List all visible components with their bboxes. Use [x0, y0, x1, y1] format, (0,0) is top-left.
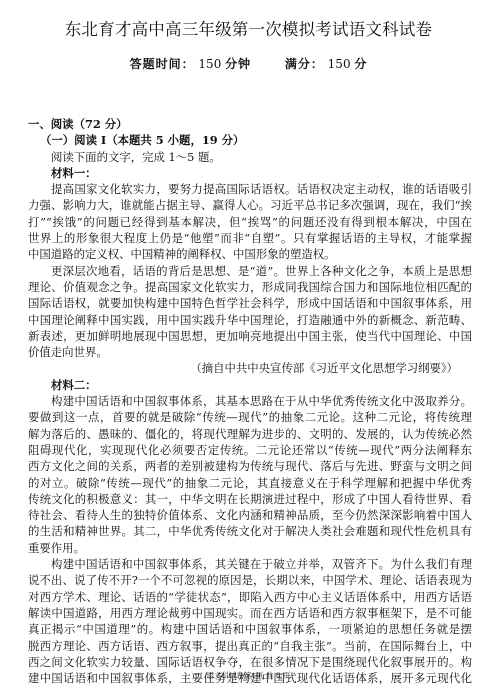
paragraph-line: 解为落后的、愚昧的、僵化的，将现代理解为进步的、文明的、发展的，认为传统必然: [28, 426, 472, 442]
material1-label: 材料一：: [28, 165, 472, 181]
section-subheading: （一）阅读 I（本题共 5 小题，19 分）: [28, 132, 472, 148]
paragraph-line: 打”“挨饿”的问题已经得到基本解决，但“挨骂”的问题还没有得到根本解决，中国在: [28, 214, 472, 230]
paragraph-line: 真正揭示“中国道理”的。构建中国话语和中国叙事体系，一项紧迫的思想任务就是摆: [28, 621, 472, 637]
page-footer: 语文科试卷第1页 共 8 页: [0, 670, 497, 681]
paragraph-line: 新表述，更加鲜明地展现中国思想，更加响亮地提出中国主张，使当代中国理论、中国: [28, 328, 472, 344]
paragraph-line: 中国道路的定义权、中国精神的阐释权、中国形象的塑造权。: [28, 246, 472, 262]
section-heading: 一、阅读（72 分）: [28, 116, 472, 132]
paragraph-line: 理论、价值观念之争。提高国家文化软实力，形成同我国综合国力和国际地位相匹配的: [28, 279, 472, 295]
exam-meta: 答题时间： 150 分钟 满分： 150 分: [0, 55, 497, 72]
time-label: 答题时间：: [130, 55, 195, 72]
source-citation: （摘自中共中央宣传部《习近平文化思想学习纲要》）: [28, 360, 472, 376]
paragraph-line: 世界上的形象很大程度上仍是“他塑”而非“自塑”。只有掌握话语的主导权，才能掌握: [28, 230, 472, 246]
paragraph-line: 构建中国话语和中国叙事体系，其基本思路在于从中华优秀传统文化中汲取养分。: [28, 393, 472, 409]
paragraph-line: 对西方学术、理论、话语的“学徒状态”，即陷入西方中心主义话语体系中，用西方话语: [28, 589, 472, 605]
paragraph-line: 待社会、看待人生的独特价值体系、文化内涵和精神品质，至今仍然深深影响着中国人: [28, 507, 472, 523]
score-value: 150: [328, 57, 351, 71]
paragraph-line: 中国理论阐释中国实践，用中国实践升华中国理论，打造融通中外的新概念、新范畴、: [28, 312, 472, 328]
paragraph-line: 解读中国道路，用西方理论裁剪中国现实。而在西方话语和西方叙事框架下，是不可能: [28, 605, 472, 621]
score-label: 满分：: [285, 55, 324, 72]
paragraph-line: 构建中国话语和中国叙事体系，其关键在于破立并举，双管齐下。为什么我们有理: [28, 556, 472, 572]
paragraph-line: 说不出、说了传不开?一个不可忽视的原因是，长期以来，中国学术、理论、话语表现为: [28, 572, 472, 588]
paragraph-line: 力强、影响力大，谁就能占据主导、赢得人心。习近平总书记多次强调，现在，我们“挨: [28, 197, 472, 213]
score-unit: 分: [354, 55, 367, 72]
paragraph-line: 阻碍现代化，实现现代化必须要否定传统。二元论还常以“传统—现代”两分法阐释东: [28, 442, 472, 458]
time-unit: 分钟: [225, 55, 251, 72]
time-value: 150: [198, 57, 221, 71]
paragraph-line: 脱西方理论、西方话语、西方叙事，提出真正的“自我主张”。当前，在国际舞台上，中: [28, 638, 472, 654]
paragraph-line: 要做到这一点，首要的就是破除“传统—现代”的抽象二元论。这种二元论，将传统理: [28, 409, 472, 425]
instruction: 阅读下面的文字，完成 1～5 题。: [28, 149, 472, 165]
exam-title: 东北育才高中高三年级第一次模拟考试语文科试卷: [0, 16, 497, 40]
paragraph-line: 西方文化之间的关系，两者的差别被建构为传统与现代、落后与先进、野蛮与文明之间: [28, 458, 472, 474]
exam-body: 一、阅读（72 分） （一）阅读 I（本题共 5 小题，19 分） 阅读下面的文…: [28, 116, 472, 686]
paragraph-line: 价值走向世界。: [28, 344, 472, 360]
paragraph-line: 的对立。破除“传统—现代”的抽象二元论，其直接意义在于科学理解和把握中华优秀: [28, 475, 472, 491]
paragraph-line: 提高国家文化软实力，要努力提高国际话语权。话语权决定主动权，谁的话语吸引: [28, 181, 472, 197]
paragraph-line: 的生活和精神世界。其二，中华优秀传统文化对于解决人类社会难题和现代性危机具有: [28, 523, 472, 539]
paragraph-line: 西之间文化软实力较量、国际话语权争夺，在很多情况下是围绕现代化叙事展开的。构: [28, 654, 472, 670]
paragraph-line: 国际话语权，就要加快构建中国特色哲学社会科学，形成中国话语和中国叙事体系，用: [28, 295, 472, 311]
paragraph-line: 更深层次地看，话语的背后是思想、是“道”。世界上各种文化之争，本质上是思想: [28, 263, 472, 279]
paragraph-line: 传统文化的积极意义：其一，中华文明在长期演进过程中，形成了中国人看待世界、看: [28, 491, 472, 507]
paragraph-line: 重要作用。: [28, 540, 472, 556]
material2-label: 材料二：: [28, 377, 472, 393]
